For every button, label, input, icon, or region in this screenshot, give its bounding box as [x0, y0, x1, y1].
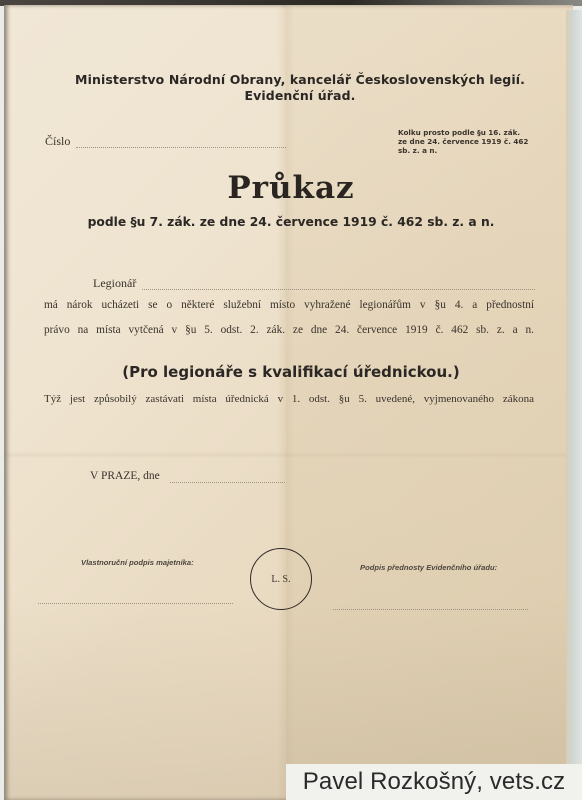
stamp-note-line: sb. z. a n. — [398, 146, 548, 155]
seal-circle: L. S. — [250, 548, 312, 610]
seal-text: L. S. — [271, 574, 290, 585]
owner-signature-label: Vlastnoruční podpis majetníka: — [81, 558, 194, 567]
body-line-2: právo na místa vytčená v §u 5. odst. 2. … — [44, 324, 534, 336]
scan-right-edge — [566, 10, 582, 800]
date-field-line — [170, 482, 285, 483]
office-signature-label: Podpis přednosty Evidenčního úřadu: — [360, 563, 497, 572]
issuing-authority: Ministerstvo Národní Obrany, kancelář Če… — [30, 72, 570, 104]
legionnaire-field-line — [142, 289, 535, 290]
number-label: Číslo — [45, 134, 70, 149]
watermark-text: Pavel Rozkošný, vets.cz — [303, 768, 565, 796]
stamp-exemption-note: Kolku prosto podle §u 16. zák. ze dne 24… — [398, 128, 548, 155]
qualification-text: Týž jest způsobilý zastávati místa úředn… — [44, 393, 534, 405]
document-title: Průkaz — [0, 170, 582, 206]
legionnaire-label: Legionář — [93, 276, 136, 291]
office-signature-line — [333, 609, 528, 610]
qualification-heading: (Pro legionáře s kvalifikací úřednickou.… — [0, 363, 582, 381]
watermark: Pavel Rozkošný, vets.cz — [286, 764, 582, 800]
header-line-office: Evidenční úřad. — [30, 88, 570, 104]
header-line-ministry: Ministerstvo Národní Obrany, kancelář Če… — [30, 72, 570, 88]
body-line-1: má nárok ucházeti se o některé služební … — [44, 299, 534, 311]
stamp-note-line: ze dne 24. července 1919 č. 462 — [398, 137, 548, 146]
document-subtitle: podle §u 7. zák. ze dne 24. července 191… — [0, 215, 582, 229]
owner-signature-line — [38, 603, 233, 604]
stamp-note-line: Kolku prosto podle §u 16. zák. — [398, 128, 548, 137]
number-field-line — [76, 147, 286, 148]
place-date-label: V PRAZE, dne — [90, 470, 160, 482]
